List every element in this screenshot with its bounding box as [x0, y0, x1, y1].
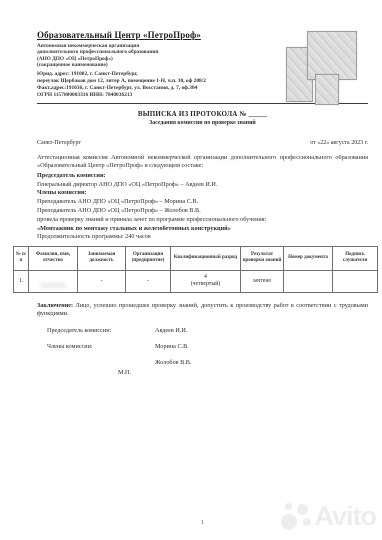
conclusion-text: Лицо, успешно прошедшее проверку знаний,…: [37, 302, 368, 317]
col-header-name: Фамилия, имя, отчество: [29, 246, 78, 270]
col-header-organization: Организация (предприятие): [126, 246, 171, 270]
action-line: провела проверку знаний и приняла зачет …: [37, 216, 368, 223]
signature-chairman-name: Авдеев И.И.: [155, 327, 187, 334]
signature-members-label: Члены комиссии:: [37, 343, 155, 350]
cell-qualification: 4 (четвертый): [171, 270, 241, 292]
cell-name: [29, 270, 78, 292]
conclusion-label: Заключение:: [37, 302, 73, 309]
redacted-name-smudge: [40, 283, 66, 288]
signature-row-member-2: Жолобов В.В.: [37, 359, 368, 366]
program-duration: Продолжительность программы: 240 часов: [37, 233, 368, 240]
signature-member-name: Жолобов В.В.: [155, 359, 191, 366]
cell-organization: -: [126, 270, 171, 292]
signature-chairman-label: Председатель комиссии:: [37, 327, 155, 334]
organization-logo-image: [286, 31, 366, 107]
program-name: «Монтажник по монтажу стальных и железоб…: [37, 225, 368, 232]
cell-number: 1.: [14, 270, 29, 292]
conclusion-paragraph: Заключение: Лицо, успешно прошедшее пров…: [37, 302, 368, 318]
protocol-number-blank: _____: [249, 110, 268, 118]
col-header-document-number: Номер документа: [284, 246, 333, 270]
signature-spacer: [37, 359, 155, 366]
logo-tile-main: [307, 31, 357, 80]
table-header-row: № п/п Фамилия, имя, отчество Занимаемая …: [14, 246, 378, 270]
col-header-signature: Подпись слушателя: [333, 246, 378, 270]
document-page: Образовательный Центр «ПетроПроф» Автоно…: [0, 0, 382, 540]
col-header-number: № п/п: [14, 246, 29, 270]
intro-paragraph: Аттестационная комиссия Автономной неком…: [37, 154, 368, 170]
col-header-position: Занимаемая должность: [78, 246, 126, 270]
city-label: Санкт-Петербург: [37, 140, 81, 146]
cell-document-number: [284, 270, 333, 292]
chairman-line: Генеральный директор АНО ДПО «ОЦ «ПетроП…: [37, 181, 368, 188]
cell-signature: [333, 270, 378, 292]
date-label: от «22» августа 2023 г.: [310, 140, 368, 146]
chairman-label: Председатель комиссии:: [37, 172, 368, 179]
member-line: Преподаватель АНО ДПО «ОЦ «ПетроПроф» – …: [37, 198, 368, 205]
signature-member-name: Морина С.В.: [155, 343, 189, 350]
results-table: № п/п Фамилия, имя, отчество Занимаемая …: [13, 246, 378, 293]
avito-watermark-text: Avito: [315, 501, 377, 532]
document-title-text: ВЫПИСКА ИЗ ПРОТОКОЛА №: [138, 110, 247, 118]
col-header-qualification: Квалификационный разряд: [171, 246, 241, 270]
member-line: Преподаватель АНО ДПО «ОЦ «ПетроПроф» – …: [37, 207, 368, 214]
logo-tile-bottom: [315, 74, 339, 105]
cell-result: зачтено: [241, 270, 284, 292]
col-header-result: Результат проверки знаний: [241, 246, 284, 270]
document-title: ВЫПИСКА ИЗ ПРОТОКОЛА № _____: [37, 110, 368, 118]
signature-row-chairman: Председатель комиссии: Авдеев И.И.: [37, 327, 368, 334]
city-date-row: Санкт-Петербург от «22» августа 2023 г.: [37, 140, 368, 146]
stamp-placeholder: М.П.: [37, 369, 368, 376]
cell-position: -: [78, 270, 126, 292]
table-row: 1. - - 4 (четвертый) зачтено: [14, 270, 378, 292]
document-subtitle: Заседания комиссии по проверке знаний: [37, 120, 368, 126]
avito-watermark: Avito: [281, 501, 377, 532]
members-label: Члены комиссии:: [37, 189, 368, 196]
signature-row-member-1: Члены комиссии: Морина С.В.: [37, 343, 368, 350]
avito-logo-icon: [281, 502, 311, 532]
